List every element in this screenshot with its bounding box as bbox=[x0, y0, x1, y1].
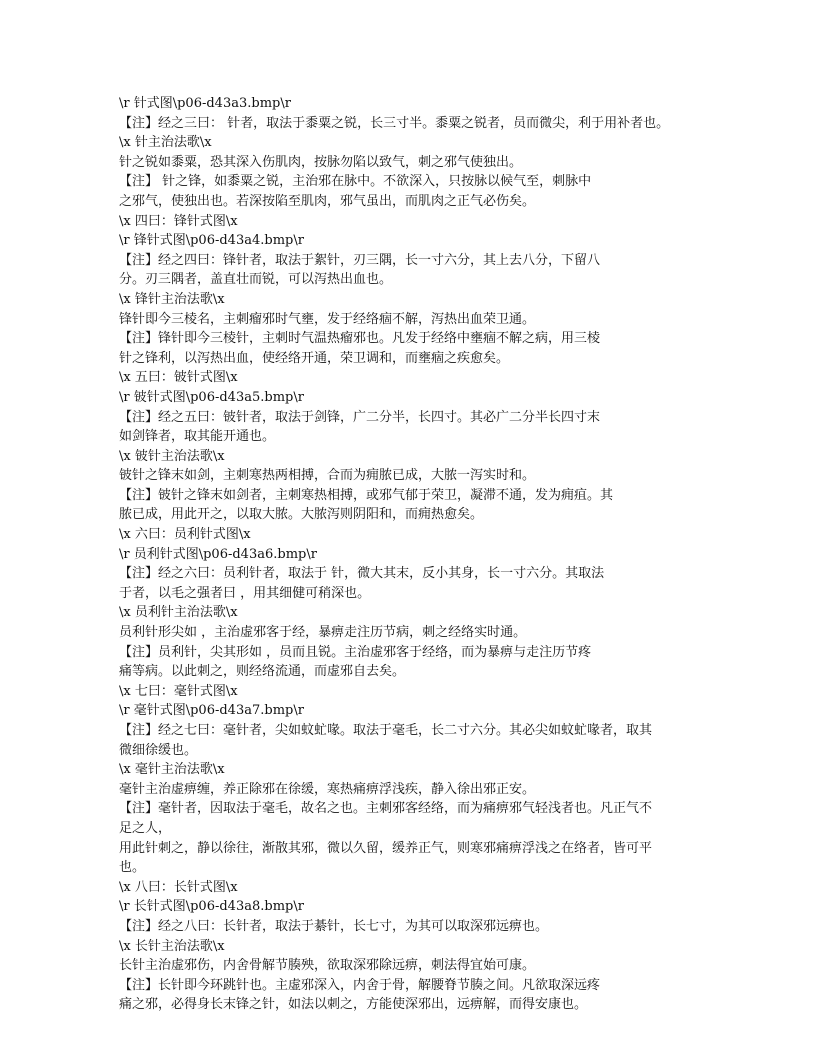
document-page: \r 针式图\p06-d43a3.bmp\r 【注】经之三曰： 针者，取法于黍粟… bbox=[119, 94, 709, 1015]
section-heading: \x 五曰：铍针式图\x bbox=[119, 368, 709, 388]
section-heading: \x 员利针主治法歌\x bbox=[119, 603, 709, 623]
section-heading: \x 针主治法歌\x bbox=[119, 133, 709, 153]
annotation-line: 【注】经之六曰：员利针者，取法于 针，微大其末，反小其身，长一寸六分。其取法 bbox=[119, 564, 709, 584]
image-marker-line: \r 员利针式图\p06-d43a6.bmp\r bbox=[119, 545, 709, 565]
annotation-line: 【注】经之八曰：长针者，取法于綦针，长七寸，为其可以取深邪远痹也。 bbox=[119, 917, 709, 937]
annotation-line: 足之人， bbox=[119, 819, 709, 839]
annotation-line: 【注】经之五曰：铍针者，取法于剑锋，广二分半，长四寸。其必广二分半长四寸末 bbox=[119, 408, 709, 428]
annotation-line: 【注】员利针，尖其形如 ，员而且锐。主治虚邪客于经络，而为暴痹与走注历节疼 bbox=[119, 643, 709, 663]
annotation-line: 【注】毫针者，因取法于毫毛，故名之也。主刺邪客经络，而为痛痹邪气轻浅者也。凡正气… bbox=[119, 799, 709, 819]
annotation-line: 痛之邪，必得身长末锋之针，如法以刺之，方能使深邪出，远痹解，而得安康也。 bbox=[119, 995, 709, 1015]
annotation-line: 于者，以毛之强者曰 ，用其细健可稍深也。 bbox=[119, 584, 709, 604]
section-heading: \x 毫针主治法歌\x bbox=[119, 760, 709, 780]
section-heading: \x 六曰：员利针式图\x bbox=[119, 525, 709, 545]
image-marker-line: \r 铍针式图\p06-d43a5.bmp\r bbox=[119, 388, 709, 408]
verse-line: 铍针之锋末如剑，主刺寒热两相搏，合而为痈脓已成，大脓一泻实时和。 bbox=[119, 466, 709, 486]
annotation-line: 【注】 针之锋，如黍粟之锐，主治邪在脉中。不欲深入，只按脉以候气至，刺脉中 bbox=[119, 172, 709, 192]
section-heading: \x 八曰：长针式图\x bbox=[119, 878, 709, 898]
annotation-line: 【注】铍针之锋末如剑者，主刺寒热相搏，或邪气郁于荣卫，凝滞不通，发为痈疽。其 bbox=[119, 486, 709, 506]
annotation-line: 针之锋利，以泻热出血，使经络开通，荣卫调和，而壅痼之疾愈矣。 bbox=[119, 349, 709, 369]
annotation-line: 【注】经之四曰：锋针者，取法于絮针，刃三隅，长一寸六分，其上去八分，下留八 bbox=[119, 251, 709, 271]
annotation-line: 用此针刺之，静以徐往，渐散其邪，微以久留，缓养正气，则寒邪痛痹浮浅之在络者，皆可… bbox=[119, 839, 709, 859]
verse-line: 针之锐如黍粟，恐其深入伤肌肉，按脉勿陷以致气，刺之邪气使独出。 bbox=[119, 153, 709, 173]
annotation-line: 【注】锋针即今三棱针，主刺时气温热瘤邪也。凡发于经络中壅痼不解之病，用三棱 bbox=[119, 329, 709, 349]
annotation-line: 【注】经之三曰： 针者，取法于黍粟之锐，长三寸半。黍粟之锐者，员而微尖，利于用补… bbox=[119, 114, 709, 134]
annotation-line: 之邪气，使独出也。若深按陷至肌肉，邪气虽出，而肌肉之正气必伤矣。 bbox=[119, 192, 709, 212]
annotation-line: 【注】经之七曰：毫针者，尖如蚊虻喙。取法于毫毛，长二寸六分。其必尖如蚊虻喙者，取… bbox=[119, 721, 709, 741]
image-marker-line: \r 长针式图\p06-d43a8.bmp\r bbox=[119, 897, 709, 917]
verse-line: 长针主治虚邪伤，内舍骨解节腠殃，欲取深邪除远痹，刺法得宜始可康。 bbox=[119, 956, 709, 976]
section-heading: \x 长针主治法歌\x bbox=[119, 937, 709, 957]
verse-line: 毫针主治虚痹缠，养正除邪在徐缓，寒热痛痹浮浅疾，静入徐出邪正安。 bbox=[119, 780, 709, 800]
verse-line: 锋针即今三棱名，主刺瘤邪时气壅，发于经络痼不解，泻热出血荣卫通。 bbox=[119, 310, 709, 330]
annotation-line: 【注】长针即今环跳针也。主虚邪深入，内舍于骨，解腰脊节腠之间。凡欲取深远疼 bbox=[119, 976, 709, 996]
annotation-line: 脓已成，用此开之，以取大脓。大脓泻则阴阳和，而痈热愈矣。 bbox=[119, 505, 709, 525]
section-heading: \x 七曰：毫针式图\x bbox=[119, 682, 709, 702]
annotation-line: 也。 bbox=[119, 858, 709, 878]
verse-line: 员利针形尖如 ，主治虚邪客于经，暴痹走注历节病，刺之经络实时通。 bbox=[119, 623, 709, 643]
image-marker-line: \r 毫针式图\p06-d43a7.bmp\r bbox=[119, 701, 709, 721]
image-marker-line: \r 针式图\p06-d43a3.bmp\r bbox=[119, 94, 709, 114]
section-heading: \x 锋针主治法歌\x bbox=[119, 290, 709, 310]
annotation-line: 痛等病。以此刺之，则经络流通，而虚邪自去矣。 bbox=[119, 662, 709, 682]
annotation-line: 微细徐缓也。 bbox=[119, 741, 709, 761]
annotation-line: 如剑锋者，取其能开通也。 bbox=[119, 427, 709, 447]
image-marker-line: \r 锋针式图\p06-d43a4.bmp\r bbox=[119, 231, 709, 251]
section-heading: \x 四曰：锋针式图\x bbox=[119, 212, 709, 232]
annotation-line: 分。刃三隅者，盖直壮而锐，可以泻热出血也。 bbox=[119, 270, 709, 290]
section-heading: \x 铍针主治法歌\x bbox=[119, 447, 709, 467]
